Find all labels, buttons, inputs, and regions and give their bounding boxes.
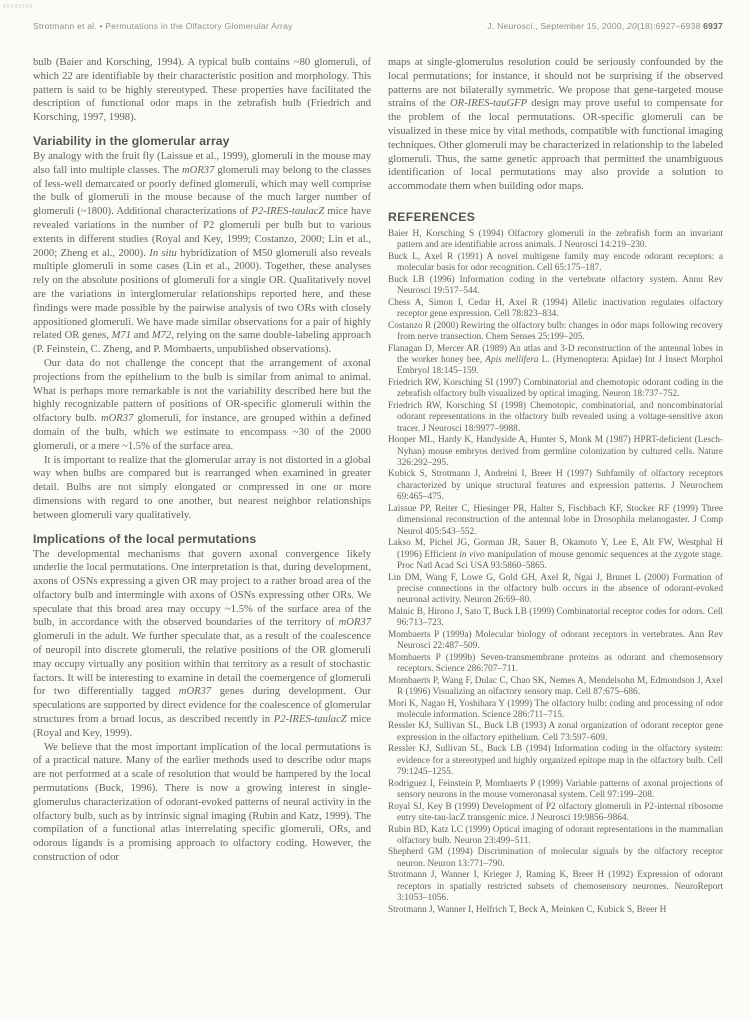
paragraph: bulb (Baier and Korsching, 1994). A typi… [33,56,371,125]
running-title: Strotmann et al. • Permutations in the O… [33,21,293,31]
reference-item: Mori K, Nagao H, Yoshihara Y (1999) The … [388,699,723,722]
reference-item: Kubick S, Strotmann J, Andreini I, Breer… [388,469,723,503]
reference-item: Lakso M, Pichel JG, Gorman JR, Sauer B, … [388,538,723,572]
reference-item: Strotmann J, Wanner I, Helfrich T, Beck … [388,905,723,916]
paragraph: The developmental mechanisms that govern… [33,548,371,741]
reference-item: Mombaerts P (1999b) Seven-transmembrane … [388,653,723,676]
reference-item: Malnic B, Hirono J, Sato T, Buck LB (199… [388,607,723,630]
paragraph: We believe that the most important impli… [33,741,371,865]
reference-item: Buck L, Axel R (1991) A novel multigene … [388,252,723,275]
reference-item: Buck LB (1996) Information coding in the… [388,275,723,298]
reference-item: Ressler KJ, Sullivan SL, Buck LB (1993) … [388,721,723,744]
reference-item: Rubin BD, Katz LC (1999) Optical imaging… [388,825,723,848]
page-header: Strotmann et al. • Permutations in the O… [33,21,723,31]
reference-item: Lin DM, Wang F, Lowe G, Gold GH, Axel R,… [388,573,723,607]
reference-item: Flanagan D, Mercer AR (1989) An atlas an… [388,344,723,378]
paragraph: Our data do not challenge the concept th… [33,357,371,454]
reference-item: Friedrich RW, Korsching SI (1998) Chemot… [388,401,723,435]
reference-item: Costanzo R (2000) Rewiring the olfactory… [388,321,723,344]
reference-item: Friedrich RW, Korsching SI (1997) Combin… [388,378,723,401]
reference-item: Laissue PP, Reiter C, Hiesinger PR, Halt… [388,504,723,538]
reference-item: Strotmann J, Wanner I, Krieger J, Raming… [388,870,723,904]
journal-page: 00040306 Strotmann et al. • Permutations… [0,0,750,1020]
reference-item: Shepherd GM (1994) Discrimination of mol… [388,847,723,870]
reference-item: Royal SJ, Key B (1999) Development of P2… [388,802,723,825]
paragraph: It is important to realize that the glom… [33,454,371,523]
reference-item: Hooper ML, Hardy K, Handyside A, Hunter … [388,435,723,469]
reference-item: Chess A, Simon I, Cedar H, Axel R (1994)… [388,298,723,321]
reference-item: Mombaerts P, Wang F, Dulac C, Chao SK, N… [388,676,723,699]
reference-item: Rodriguez I, Feinstein P, Mombaerts P (1… [388,779,723,802]
paragraph: maps at single-glomerulus resolution cou… [388,56,723,194]
journal-citation: J. Neurosci., September 15, 2000, 20(18)… [487,21,723,31]
section-heading-implications: Implications of the local permutations [33,532,371,546]
left-column: bulb (Baier and Korsching, 1994). A typi… [33,56,371,916]
reference-item: Baier H, Korsching S (1994) Olfactory gl… [388,229,723,252]
paragraph: By analogy with the fruit fly (Laissue e… [33,150,371,357]
references-heading: REFERENCES [388,210,723,224]
section-heading-variability: Variability in the glomerular array [33,134,371,148]
reference-list: Baier H, Korsching S (1994) Olfactory gl… [388,229,723,916]
reference-item: Mombaerts P (1999a) Molecular biology of… [388,630,723,653]
scan-artifact: 00040306 [3,4,33,10]
right-column: maps at single-glomerulus resolution cou… [388,56,723,916]
reference-item: Ressler KJ, Sullivan SL, Buck LB (1994) … [388,744,723,778]
two-column-body: bulb (Baier and Korsching, 1994). A typi… [33,56,723,916]
